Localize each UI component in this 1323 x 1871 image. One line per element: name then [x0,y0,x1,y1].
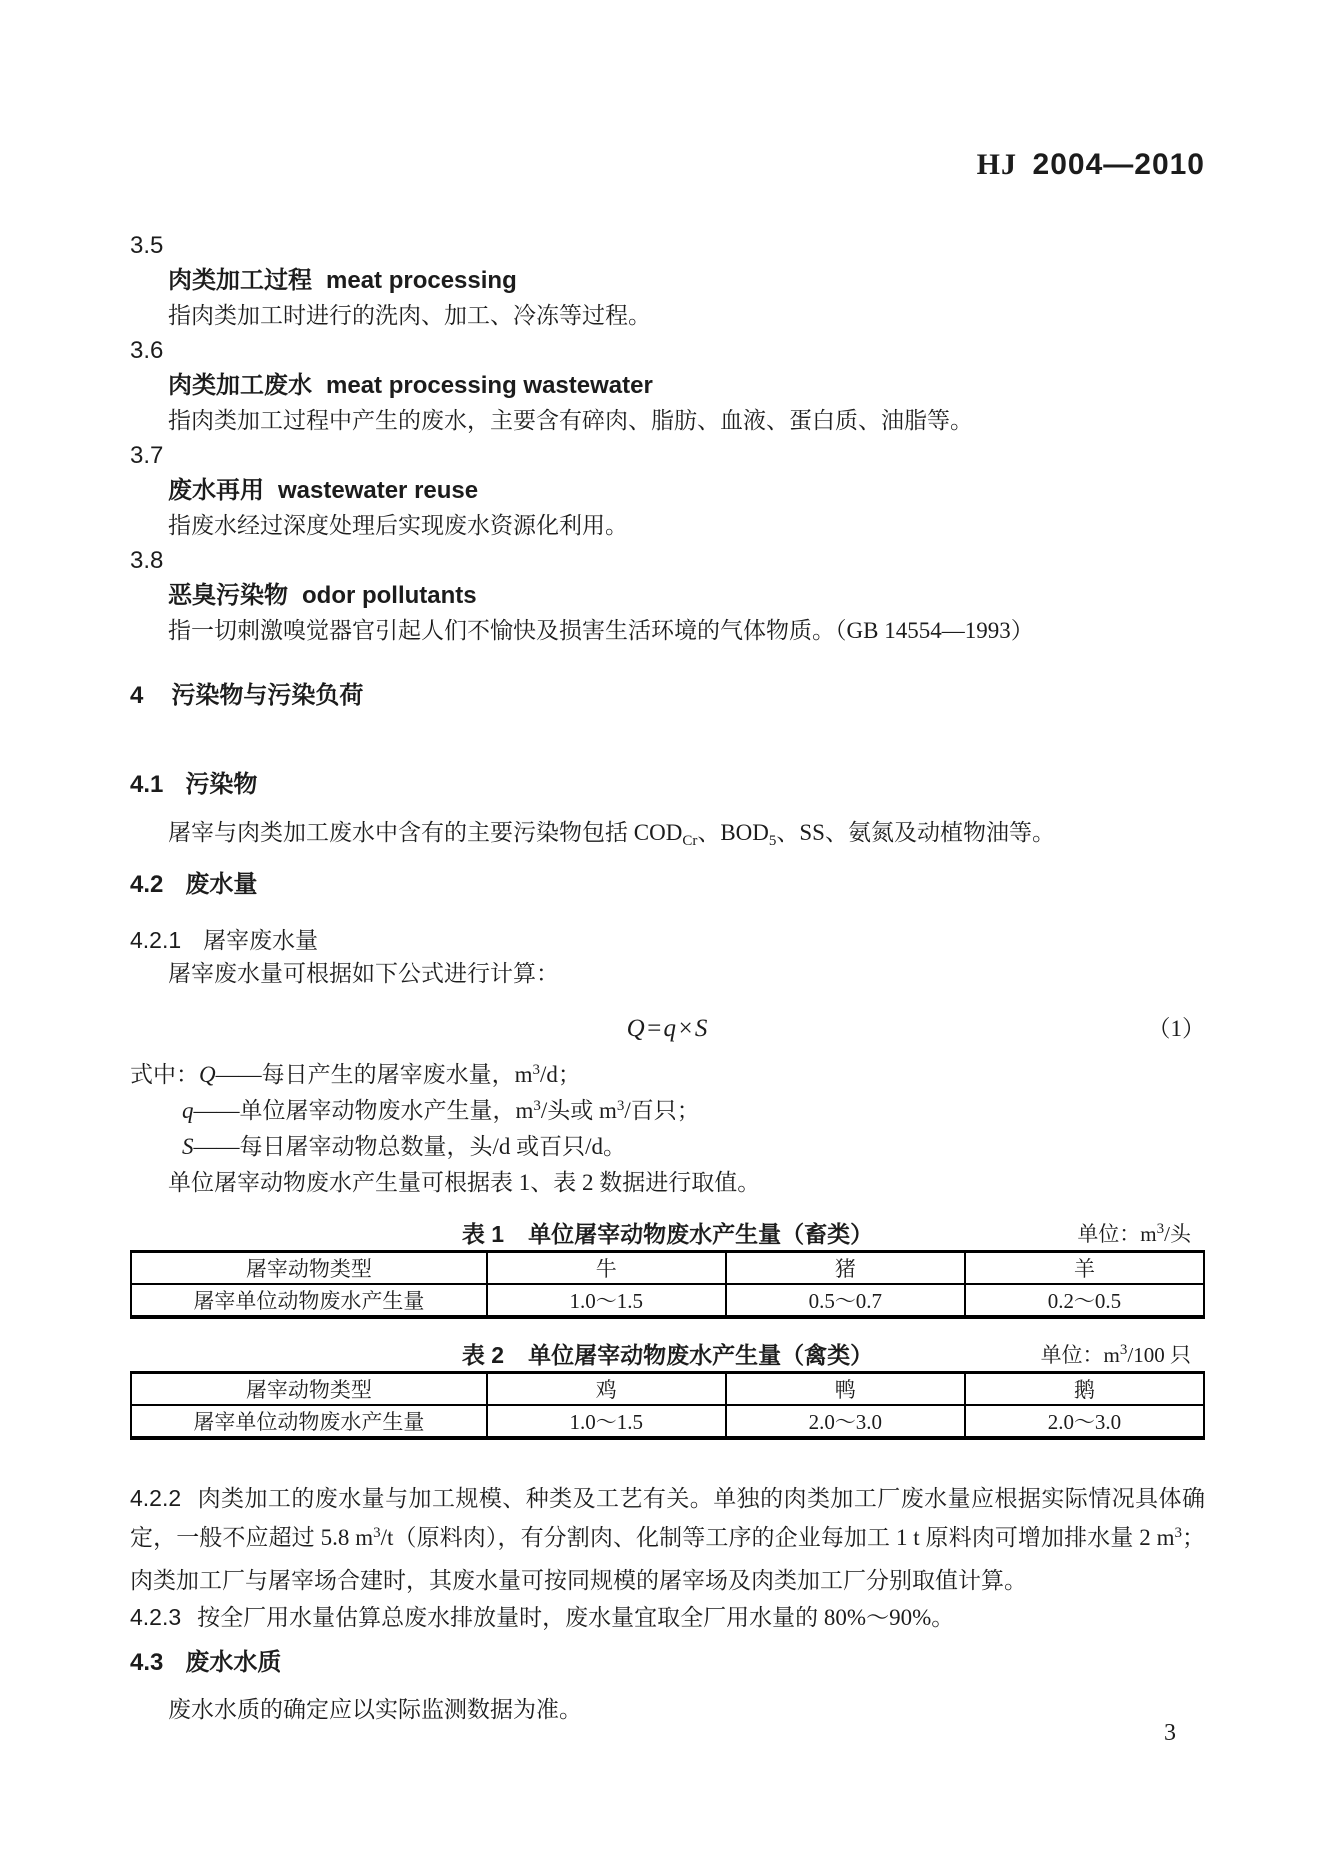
table-2-title: 单位屠宰动物废水产生量（禽类） [528,1342,873,1368]
table-header-cell: 鹅 [965,1373,1204,1406]
heading-number: 4 [130,682,143,709]
table-row: 屠宰动物类型 牛 猪 羊 [131,1252,1204,1285]
term-title-zh: 肉类加工废水 [168,372,312,399]
term-title-zh: 肉类加工过程 [168,267,312,294]
page-number: 3 [1164,1720,1176,1747]
table-1-title: 单位屠宰动物废水产生量（畜类） [528,1221,873,1247]
formula-row: Q=q×S （1） [130,1011,1205,1047]
table-row: 屠宰单位动物废水产生量 1.0～1.5 2.0～3.0 2.0～3.0 [131,1405,1204,1438]
term-title: 肉类加工废水meat processing wastewater [130,368,1205,403]
table-row-label: 屠宰单位动物废水产生量 [131,1284,487,1317]
para-4-3: 废水水质的确定应以实际监测数据为准。 [130,1692,1205,1727]
heading-4-1: 4.1污染物 [130,767,1205,802]
term-definition: 指肉类加工过程中产生的废水，主要含有碎肉、脂肪、血液、蛋白质、油脂等。 [130,403,1205,438]
terms-list: 3.5 肉类加工过程meat processing 指肉类加工时进行的洗肉、加工… [130,228,1205,648]
table-header-cell: 牛 [487,1252,726,1285]
superscript-3: 3 [533,1098,541,1114]
table-2-unit: 单位：m3/100 只 [1041,1340,1191,1374]
heading-number: 4.3 [130,1649,163,1676]
table-value-cell: 0.2～0.5 [965,1284,1204,1317]
variable-Q: Q [199,1062,216,1087]
table-header-cell: 羊 [965,1252,1204,1285]
term-definition: 指一切刺激嗅觉器官引起人们不愉快及损害生活环境的气体物质。（GB 14554—1… [130,613,1205,648]
table-value-cell: 1.0～1.5 [487,1405,726,1438]
table-2: 屠宰动物类型 鸡 鸭 鹅 屠宰单位动物废水产生量 1.0～1.5 2.0～3.0… [130,1371,1205,1440]
table-value-cell: 1.0～1.5 [487,1284,726,1317]
term-title: 恶臭污染物odor pollutants [130,578,1205,613]
subscript-cr: Cr [682,833,697,849]
term-number: 3.8 [130,543,1205,578]
table-2-label: 表 2 [462,1342,504,1368]
term-title: 废水再用wastewater reuse [130,473,1205,508]
table-1-caption: 表 1单位屠宰动物废水产生量（畜类） 单位：m3/头 [130,1219,1205,1250]
table-1-label: 表 1 [462,1221,504,1247]
para-4-2-3: 4.2.3按全厂用水量估算总废水排放量时，废水量宜取全厂用水量的 80%～90%… [130,1600,1205,1635]
term-definition: 指肉类加工时进行的洗肉、加工、冷冻等过程。 [130,298,1205,333]
term-number: 3.7 [130,438,1205,473]
where-line-q: q——单位屠宰动物废水产生量，m3/头或 m3/百只； [130,1093,1205,1129]
doc-code-prefix: HJ [977,148,1017,181]
table-1-unit: 单位：m3/头 [1077,1219,1191,1253]
term-definition: 指废水经过深度处理后实现废水资源化利用。 [130,508,1205,543]
table-header-cell: 鸡 [487,1373,726,1406]
table-row-label: 屠宰单位动物废水产生量 [131,1405,487,1438]
superscript-3: 3 [1157,1221,1165,1237]
table-value-cell: 0.5～0.7 [726,1284,965,1317]
superscript-3: 3 [533,1062,541,1078]
heading-number: 4.2.1 [130,927,181,953]
para-number: 4.2.2 [130,1485,181,1511]
table-2-caption: 表 2单位屠宰动物废水产生量（禽类） 单位：m3/100 只 [130,1340,1205,1371]
heading-4-2-1: 4.2.1屠宰废水量 [130,924,1205,956]
table-header-cell: 屠宰动物类型 [131,1373,487,1406]
table-value-cell: 2.0～3.0 [965,1405,1204,1438]
term-title-zh: 废水再用 [168,477,264,504]
para-4-1-pollutants: 屠宰与肉类加工废水中含有的主要污染物包括 CODCr、BOD5、SS、氨氮及动植… [130,815,1205,850]
table-1: 屠宰动物类型 牛 猪 羊 屠宰单位动物废水产生量 1.0～1.5 0.5～0.7… [130,1250,1205,1319]
doc-code-dates: 2004—2010 [1033,148,1205,181]
para-4-2-2: 4.2.2肉类加工的废水量与加工规模、种类及工艺有关。单独的肉类加工厂废水量应根… [130,1479,1205,1600]
heading-number: 4.1 [130,771,163,798]
table-value-cell: 2.0～3.0 [726,1405,965,1438]
formula-expression: Q=q×S [627,1015,709,1042]
term-meat-processing-wastewater: 3.6 肉类加工废水meat processing wastewater 指肉类… [130,333,1205,438]
heading-section-4: 4污染物与污染负荷 [130,678,1205,713]
where-line-S: S——每日屠宰动物总数量，头/d 或百只/d。 [130,1129,1205,1165]
term-title-en: meat processing wastewater [326,372,653,399]
superscript-3: 3 [373,1525,381,1541]
heading-title: 屠宰废水量 [203,928,318,953]
term-odor-pollutants: 3.8 恶臭污染物odor pollutants 指一切刺激嗅觉器官引起人们不愉… [130,543,1205,648]
para-formula-intro: 屠宰废水量可根据如下公式进行计算： [130,956,1205,991]
table-header-cell: 屠宰动物类型 [131,1252,487,1285]
variable-S: S [182,1134,194,1159]
table-header-cell: 鸭 [726,1373,965,1406]
term-title-en: wastewater reuse [278,477,478,504]
term-number: 3.5 [130,228,1205,263]
subscript-5: 5 [769,833,777,849]
term-wastewater-reuse: 3.7 废水再用wastewater reuse 指废水经过深度处理后实现废水资… [130,438,1205,543]
term-number: 3.6 [130,333,1205,368]
term-title: 肉类加工过程meat processing [130,263,1205,298]
table-row: 屠宰动物类型 鸡 鸭 鹅 [131,1373,1204,1406]
where-line-Q: 式中：Q——每日产生的屠宰废水量，m3/d； [130,1057,1205,1093]
term-title-zh: 恶臭污染物 [168,582,288,609]
where-note: 单位屠宰动物废水产生量可根据表 1、表 2 数据进行取值。 [130,1165,1205,1201]
document-page: HJ 2004—2010 3.5 肉类加工过程meat processing 指… [0,0,1323,1871]
heading-title: 废水量 [185,871,257,898]
superscript-3: 3 [617,1098,625,1114]
superscript-3: 3 [1175,1525,1183,1541]
heading-number: 4.2 [130,871,163,898]
heading-4-3: 4.3废水水质 [130,1645,1205,1680]
formula-where-block: 式中：Q——每日产生的屠宰废水量，m3/d； q——单位屠宰动物废水产生量，m3… [130,1057,1205,1201]
para-number: 4.2.3 [130,1604,181,1630]
term-meat-processing: 3.5 肉类加工过程meat processing 指肉类加工时进行的洗肉、加工… [130,228,1205,333]
superscript-3: 3 [1120,1342,1128,1358]
term-title-en: meat processing [326,267,517,294]
variable-q: q [182,1098,194,1123]
heading-title: 污染物与污染负荷 [171,682,363,709]
heading-title: 废水水质 [185,1649,281,1676]
doc-code-header: HJ 2004—2010 [130,148,1205,182]
heading-4-2: 4.2废水量 [130,867,1205,902]
table-header-cell: 猪 [726,1252,965,1285]
formula-number: （1） [1148,1011,1206,1047]
table-row: 屠宰单位动物废水产生量 1.0～1.5 0.5～0.7 0.2～0.5 [131,1284,1204,1317]
heading-title: 污染物 [185,771,257,798]
term-title-en: odor pollutants [302,582,477,609]
